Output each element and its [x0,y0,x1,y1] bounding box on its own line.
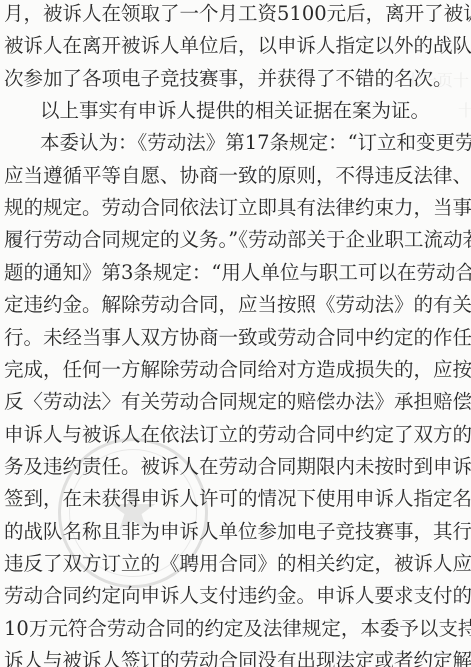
text-line: 违反了双方订立的《聘用合同》的相关约定，被诉人应当按照 [4,551,466,577]
text-line: 劳动合同约定向申诉人支付违约金。申诉人要求支付的违约金 [4,583,466,609]
document-page: ★ 十一页十 十 月，被诉人在领取了一个月工资5100元后，离开了被诉人单位。被… [0,0,471,667]
text-line: 本委认为：《劳动法》第17条规定：“订立和变更劳动合同， [40,130,466,156]
text-line: 题的通知》第3条规定：“用人单位与职工可以在劳动合同中约 [4,260,466,286]
text-line: 签到，在未获得申诉人许可的情况下使用申诉人指定名称以外 [4,486,466,512]
text-line: 应当遵循平等自愿、协商一致的原则，不得违反法律、行政法 [4,163,466,189]
text-line: 行。未经当事人双方协商一致或劳动合同中约定的作任务尚未 [4,325,466,351]
text-line: 10万元符合劳动合同的约定及法律规定，本委予以支持。在申 [4,616,466,642]
text-line: 申诉人与被诉人在依法订立的劳动合同中约定了双方的权利义 [4,422,466,448]
text-line: 履行劳动合同规定的义务。”《劳动部关于企业职工流动若干问 [4,227,466,253]
text-line: 诉人与被诉人签订的劳动合同没有出现法定或者约定解除条件 [4,648,466,667]
text-line: 完成，任何一方解除劳动合同给对方造成损失的，应按照《违 [4,357,466,383]
text-line: 定违约金。解除劳动合同，应当按照《劳动法》的有关规定执 [4,292,466,318]
text-line: 反〈劳动法〉有关劳动合同规定的赔偿办法》承担赔偿责任。” [4,389,466,415]
text-line: 规的规定。劳动合同依法订立即具有法律约束力，当事人必须 [4,195,466,221]
text-line: 月，被诉人在领取了一个月工资5100元后，离开了被诉人单位。 [4,1,466,27]
text-line: 以上事实有申诉人提供的相关证据在案为证。 [40,98,466,124]
text-line: 的战队名称且非为申诉人单位参加电子竞技赛事，其行为已经 [4,519,466,545]
text-line: 次参加了各项电子竞技赛事，并获得了不错的名次。 [4,66,466,92]
text-line: 务及违约责任。被诉人在劳动合同期限内未按时到申诉人单位 [4,454,466,480]
text-line: 被诉人在离开被诉人单位后，以申诉人指定以外的战队名称多 [4,33,466,59]
